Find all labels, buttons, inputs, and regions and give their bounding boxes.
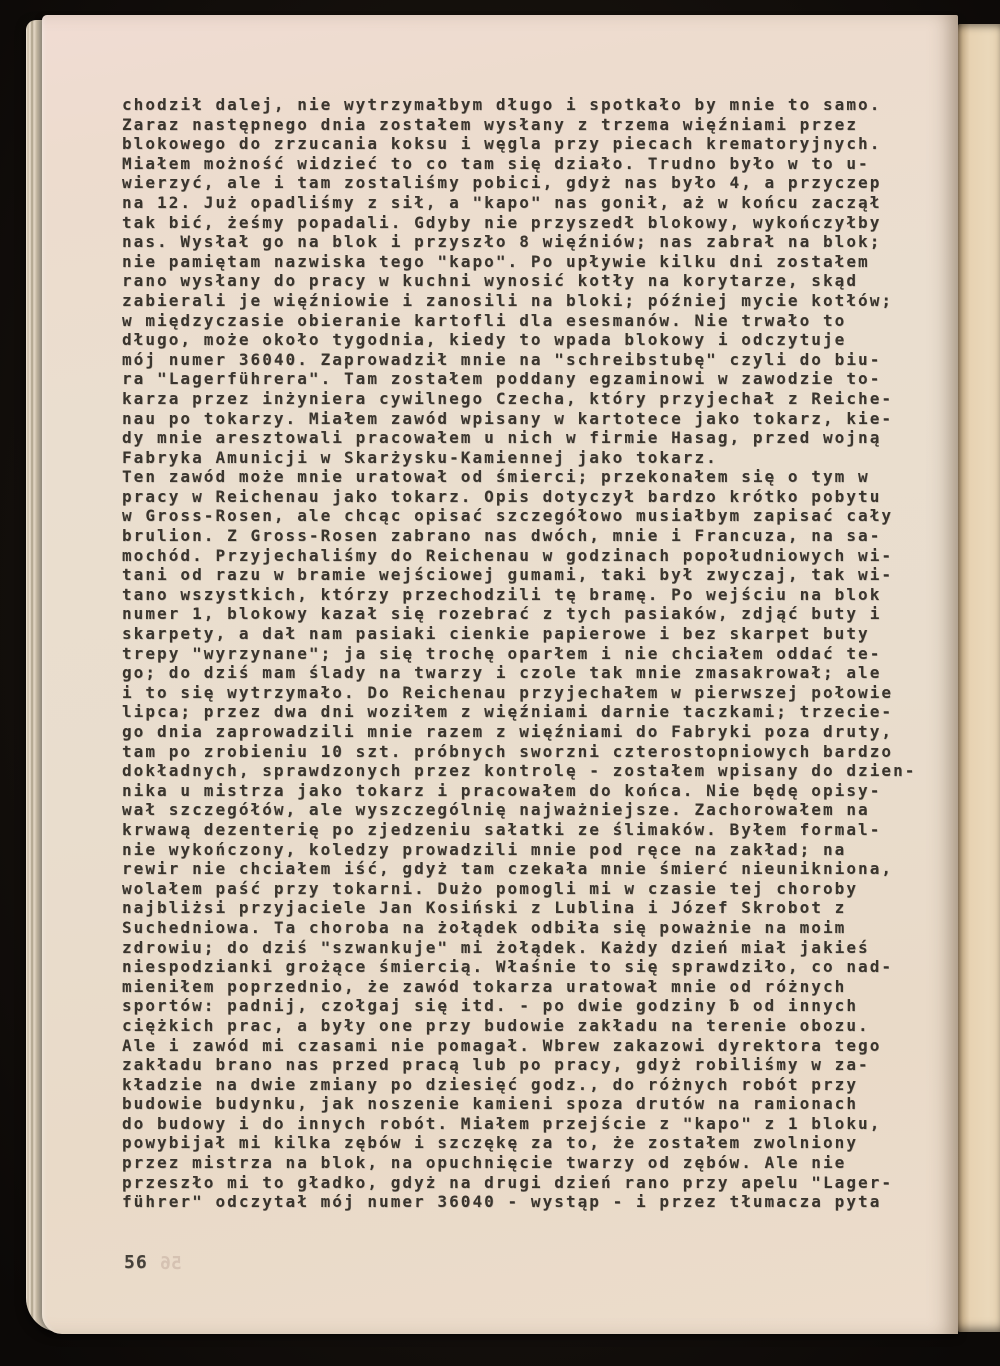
- scanned-book-photo: chodził dalej, nie wytrzymałbym długo i …: [0, 0, 1000, 1366]
- text-line: Fabryka Amunicji w Skarżysku-Kamiennej j…: [122, 448, 937, 468]
- text-line: karza przez inżyniera cywilnego Czecha, …: [122, 389, 937, 409]
- text-line: na 12. Już opadliśmy z sił, a "kapo" nas…: [122, 193, 937, 213]
- text-line: führer" odczytał mój numer 36040 - wystą…: [122, 1192, 937, 1212]
- text-line: długo, może około tygodnia, kiedy to wpa…: [122, 330, 937, 350]
- text-line: powybijał mi kilka zębów i szczękę za to…: [122, 1133, 937, 1153]
- text-line: nie wykończony, koledzy prowadzili mnie …: [122, 840, 937, 860]
- text-line: tam po zrobieniu 10 szt. próbnych sworzn…: [122, 742, 937, 762]
- text-line: lipca; przez dwa dni woziłem z więźniami…: [122, 702, 937, 722]
- text-line: najbliżsi przyjaciele Jan Kosiński z Lub…: [122, 898, 937, 918]
- text-line: zakładu brano nas przed pracą lub po pra…: [122, 1055, 937, 1075]
- text-line: skarpety, a dał nam pasiaki cienkie papi…: [122, 624, 937, 644]
- text-line: mochód. Przyjechaliśmy do Reichenau w go…: [122, 546, 937, 566]
- text-line: blokowego do zrzucania koksu i węgla prz…: [122, 134, 937, 154]
- text-line: zdrowiu; do dziś "szwankuje" mi żołądek.…: [122, 938, 937, 958]
- text-line: go; do dziś mam ślady na twarzy i czole …: [122, 663, 937, 683]
- text-line: tani od razu w bramie wejściowej gumami,…: [122, 565, 937, 585]
- text-line: ciężkich prac, a były one przy budowie z…: [122, 1016, 937, 1036]
- text-line: go dnia zaprowadzili mnie razem z więźni…: [122, 722, 937, 742]
- text-line: Ten zawód może mnie uratował od śmierci;…: [122, 467, 937, 487]
- page-number-showthrough: 56: [160, 1253, 182, 1274]
- text-line: krwawą dezenterię po zjedzeniu sałatki z…: [122, 820, 937, 840]
- text-line: mój numer 36040. Zaprowadził mnie na "sc…: [122, 350, 937, 370]
- text-line: tak bić, żeśmy popadali. Gdyby nie przys…: [122, 213, 937, 233]
- text-line: w Gross-Rosen, ale chcąc opisać szczegół…: [122, 506, 937, 526]
- text-line: w międzyczasie obieranie kartofli dla es…: [122, 311, 937, 331]
- text-line: ra "Lagerführera". Tam zostałem poddany …: [122, 369, 937, 389]
- text-line: rano wysłany do pracy w kuchni wynosić k…: [122, 271, 937, 291]
- text-line: brulion. Z Gross-Rosen zabrano nas dwóch…: [122, 526, 937, 546]
- text-line: Miałem możność widzieć to co tam się dzi…: [122, 154, 937, 174]
- text-line: dy mnie aresztowali pracowałem u nich w …: [122, 428, 937, 448]
- text-line: zabierali je więźniowie i zanosili na bl…: [122, 291, 937, 311]
- text-line: nas. Wysłał go na blok i przyszło 8 więź…: [122, 232, 937, 252]
- text-line: rewir nie chciałem iść, gdyż tam czekała…: [122, 859, 937, 879]
- text-line: wierzyć, ale i tam zostaliśmy pobici, gd…: [122, 173, 937, 193]
- text-line: wał szczegółów, ale wyszczególnię najważ…: [122, 800, 937, 820]
- page-number: 56: [124, 1252, 148, 1273]
- text-line: pracy w Reichenau jako tokarz. Opis doty…: [122, 487, 937, 507]
- text-line: Ale i zawód mi czasami nie pomagał. Wbre…: [122, 1036, 937, 1056]
- facing-page-edge: [958, 24, 1000, 1332]
- text-line: przez mistrza na blok, na opuchnięcie tw…: [122, 1153, 937, 1173]
- text-line: kładzie na dwie zmiany po dziesięć godz.…: [122, 1075, 937, 1095]
- text-line: Suchedniowa. Ta choroba na żołądek odbił…: [122, 918, 937, 938]
- text-line: tano wszystkich, którzy przechodzili tę …: [122, 585, 937, 605]
- text-line: sportów: padnij, czołgaj się itd. - po d…: [122, 996, 937, 1016]
- text-line: do budowy i do innych robót. Miałem prze…: [122, 1114, 937, 1134]
- book-page: chodził dalej, nie wytrzymałbym długo i …: [42, 15, 958, 1334]
- text-line: budowie budynku, jak noszenie kamieni sp…: [122, 1094, 937, 1114]
- text-line: nika u mistrza jako tokarz i pracowałem …: [122, 781, 937, 801]
- text-line: chodził dalej, nie wytrzymałbym długo i …: [122, 95, 937, 115]
- text-line: niespodzianki grożące śmiercią. Właśnie …: [122, 957, 937, 977]
- text-line: przeszło mi to gładko, gdyż na drugi dzi…: [122, 1173, 937, 1193]
- text-line: nau po tokarzy. Miałem zawód wpisany w k…: [122, 409, 937, 429]
- text-line: trepy "wyrzynane"; ja się trochę oparłem…: [122, 644, 937, 664]
- text-line: Zaraz następnego dnia zostałem wysłany z…: [122, 115, 937, 135]
- text-line: numer 1, blokowy kazał się rozebrać z ty…: [122, 604, 937, 624]
- text-block: chodził dalej, nie wytrzymałbym długo i …: [122, 95, 937, 1212]
- text-line: mieniłem poprzednio, że zawód tokarza ur…: [122, 977, 937, 997]
- text-line: dokładnych, sprawdzonych przez kontrolę …: [122, 761, 937, 781]
- text-line: wolałem paść przy tokarni. Dużo pomogli …: [122, 879, 937, 899]
- text-line: i to się wytrzymało. Do Reichenau przyje…: [122, 683, 937, 703]
- text-line: nie pamiętam nazwiska tego "kapo". Po up…: [122, 252, 937, 272]
